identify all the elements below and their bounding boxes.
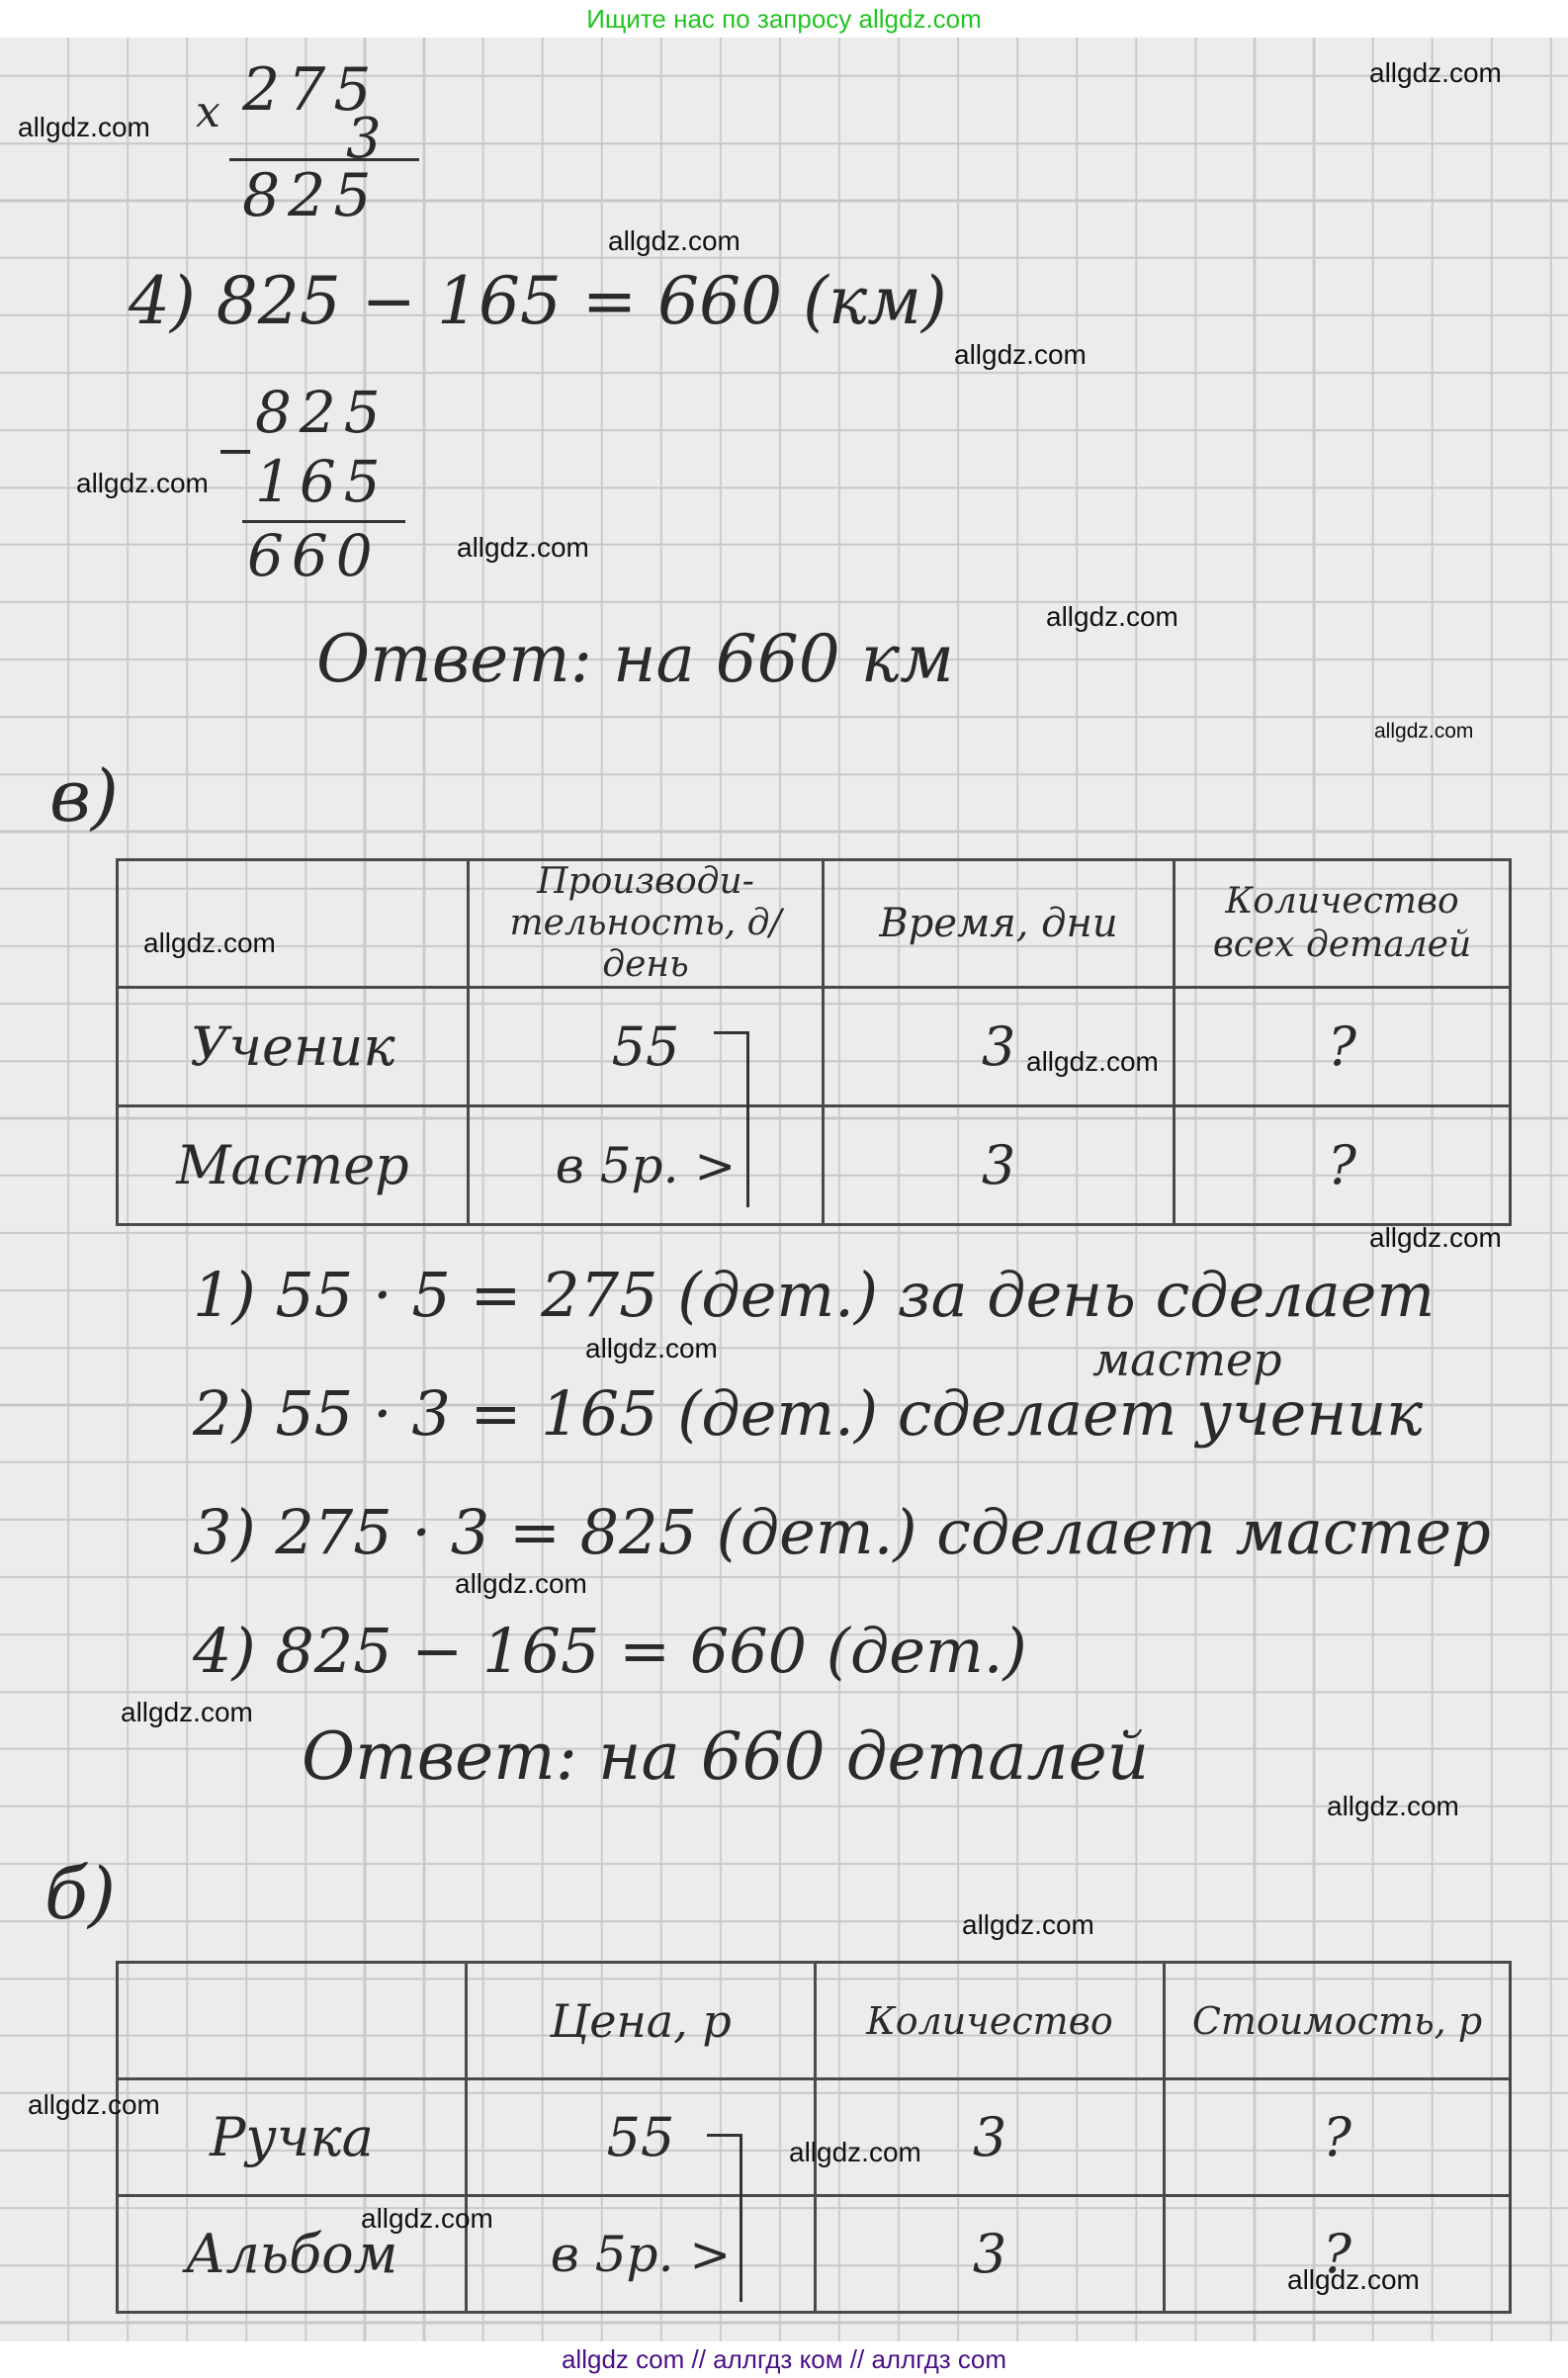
watermark: allgdz.com [1026,1046,1159,1078]
watermark: allgdz.com [143,927,276,959]
watermark: allgdz.com [954,339,1087,371]
cell-price-pen: 55 [467,2079,816,2196]
relation-arrow-top-2 [707,2134,741,2137]
step-4: 4) 825 − 165 = 660 (дет.) [193,1615,1027,1687]
answer-km: Ответ: на 660 км [316,621,954,697]
row-label-student: Ученик [118,988,469,1106]
watermark: allgdz.com [1327,1791,1459,1822]
watermark: allgdz.com [121,1697,253,1728]
relation-arrow-top [714,1031,748,1034]
watermark: allgdz.com [1369,57,1502,89]
mult-result: 825 [242,161,380,230]
watermark: allgdz.com [361,2203,493,2235]
watermark: allgdz.com [1374,720,1473,744]
header-price: Цена, р [467,1963,816,2079]
notebook-page: x 275 3 825 4) 825 − 165 = 660 (км) − 82… [0,38,1568,2341]
watermark: allgdz.com [457,532,589,564]
header-cell: Время, дни [824,860,1175,988]
header-quantity: Количество [816,1963,1165,2079]
cell-total-master: ? [1175,1106,1511,1225]
header-cell [118,860,469,988]
section-b-label: б) [44,1852,116,1935]
step-3: 3) 275 · 3 = 825 (дет.) сделает мастер [193,1496,1491,1568]
footer-banner[interactable]: allgdz com // аллгдз ком // аллгдз com [0,2341,1568,2378]
sub-top: 825 [255,379,389,446]
search-banner[interactable]: Ищите нас по запросу allgdz.com [0,0,1568,38]
sub-result: 660 [247,522,381,589]
section-v-label: в) [49,754,119,837]
header-cell [118,1963,467,2079]
cell-quantity-album: 3 [816,2196,1165,2313]
step-2: 2) 55 · 3 = 165 (дет.) сделает ученик [193,1377,1423,1450]
watermark: allgdz.com [1287,2264,1420,2296]
cell-price-album: в 5р. > [467,2196,816,2313]
sub-bottom: 165 [255,448,389,515]
header-cost: Стоимость, р [1165,1963,1511,2079]
watermark: allgdz.com [608,225,740,257]
relation-arrow-bracket [746,1031,749,1207]
header-time: Время, дни [879,901,1117,946]
watermark: allgdz.com [76,468,209,499]
watermark: allgdz.com [962,1909,1094,1941]
cell-cost-pen: ? [1165,2079,1511,2196]
header-productivity: Производи- тельность, д/день [509,861,781,985]
sub-sign: − [216,423,255,479]
watermark: allgdz.com [28,2089,160,2121]
cell-productivity-master: в 5р. > [469,1106,824,1225]
mult-sign: x [196,87,220,137]
watermark: allgdz.com [585,1333,718,1365]
step-1: 1) 55 · 5 = 275 (дет.) за день сделает [193,1259,1435,1331]
watermark: allgdz.com [1046,601,1178,633]
watermark: allgdz.com [1369,1222,1502,1254]
production-table: Производи- тельность, д/день Время, дни … [116,858,1512,1226]
step-4-km: 4) 825 − 165 = 660 (км) [129,263,947,339]
cell-time-master: 3 [824,1106,1175,1225]
watermark: allgdz.com [455,1568,587,1600]
header-cell: Количество всех деталей [1175,860,1511,988]
header-cell: Производи- тельность, д/день [469,860,824,988]
row-label-pen: Ручка [118,2079,467,2196]
answer-details: Ответ: на 660 деталей [302,1718,1149,1795]
watermark: allgdz.com [789,2137,921,2168]
header-total: Количество всех деталей [1213,881,1471,965]
row-label-master: Мастер [118,1106,469,1225]
cell-total-student: ? [1175,988,1511,1106]
watermark: allgdz.com [18,112,150,143]
relation-arrow-bracket-2 [740,2134,742,2302]
cell-productivity-student: 55 [469,988,824,1106]
